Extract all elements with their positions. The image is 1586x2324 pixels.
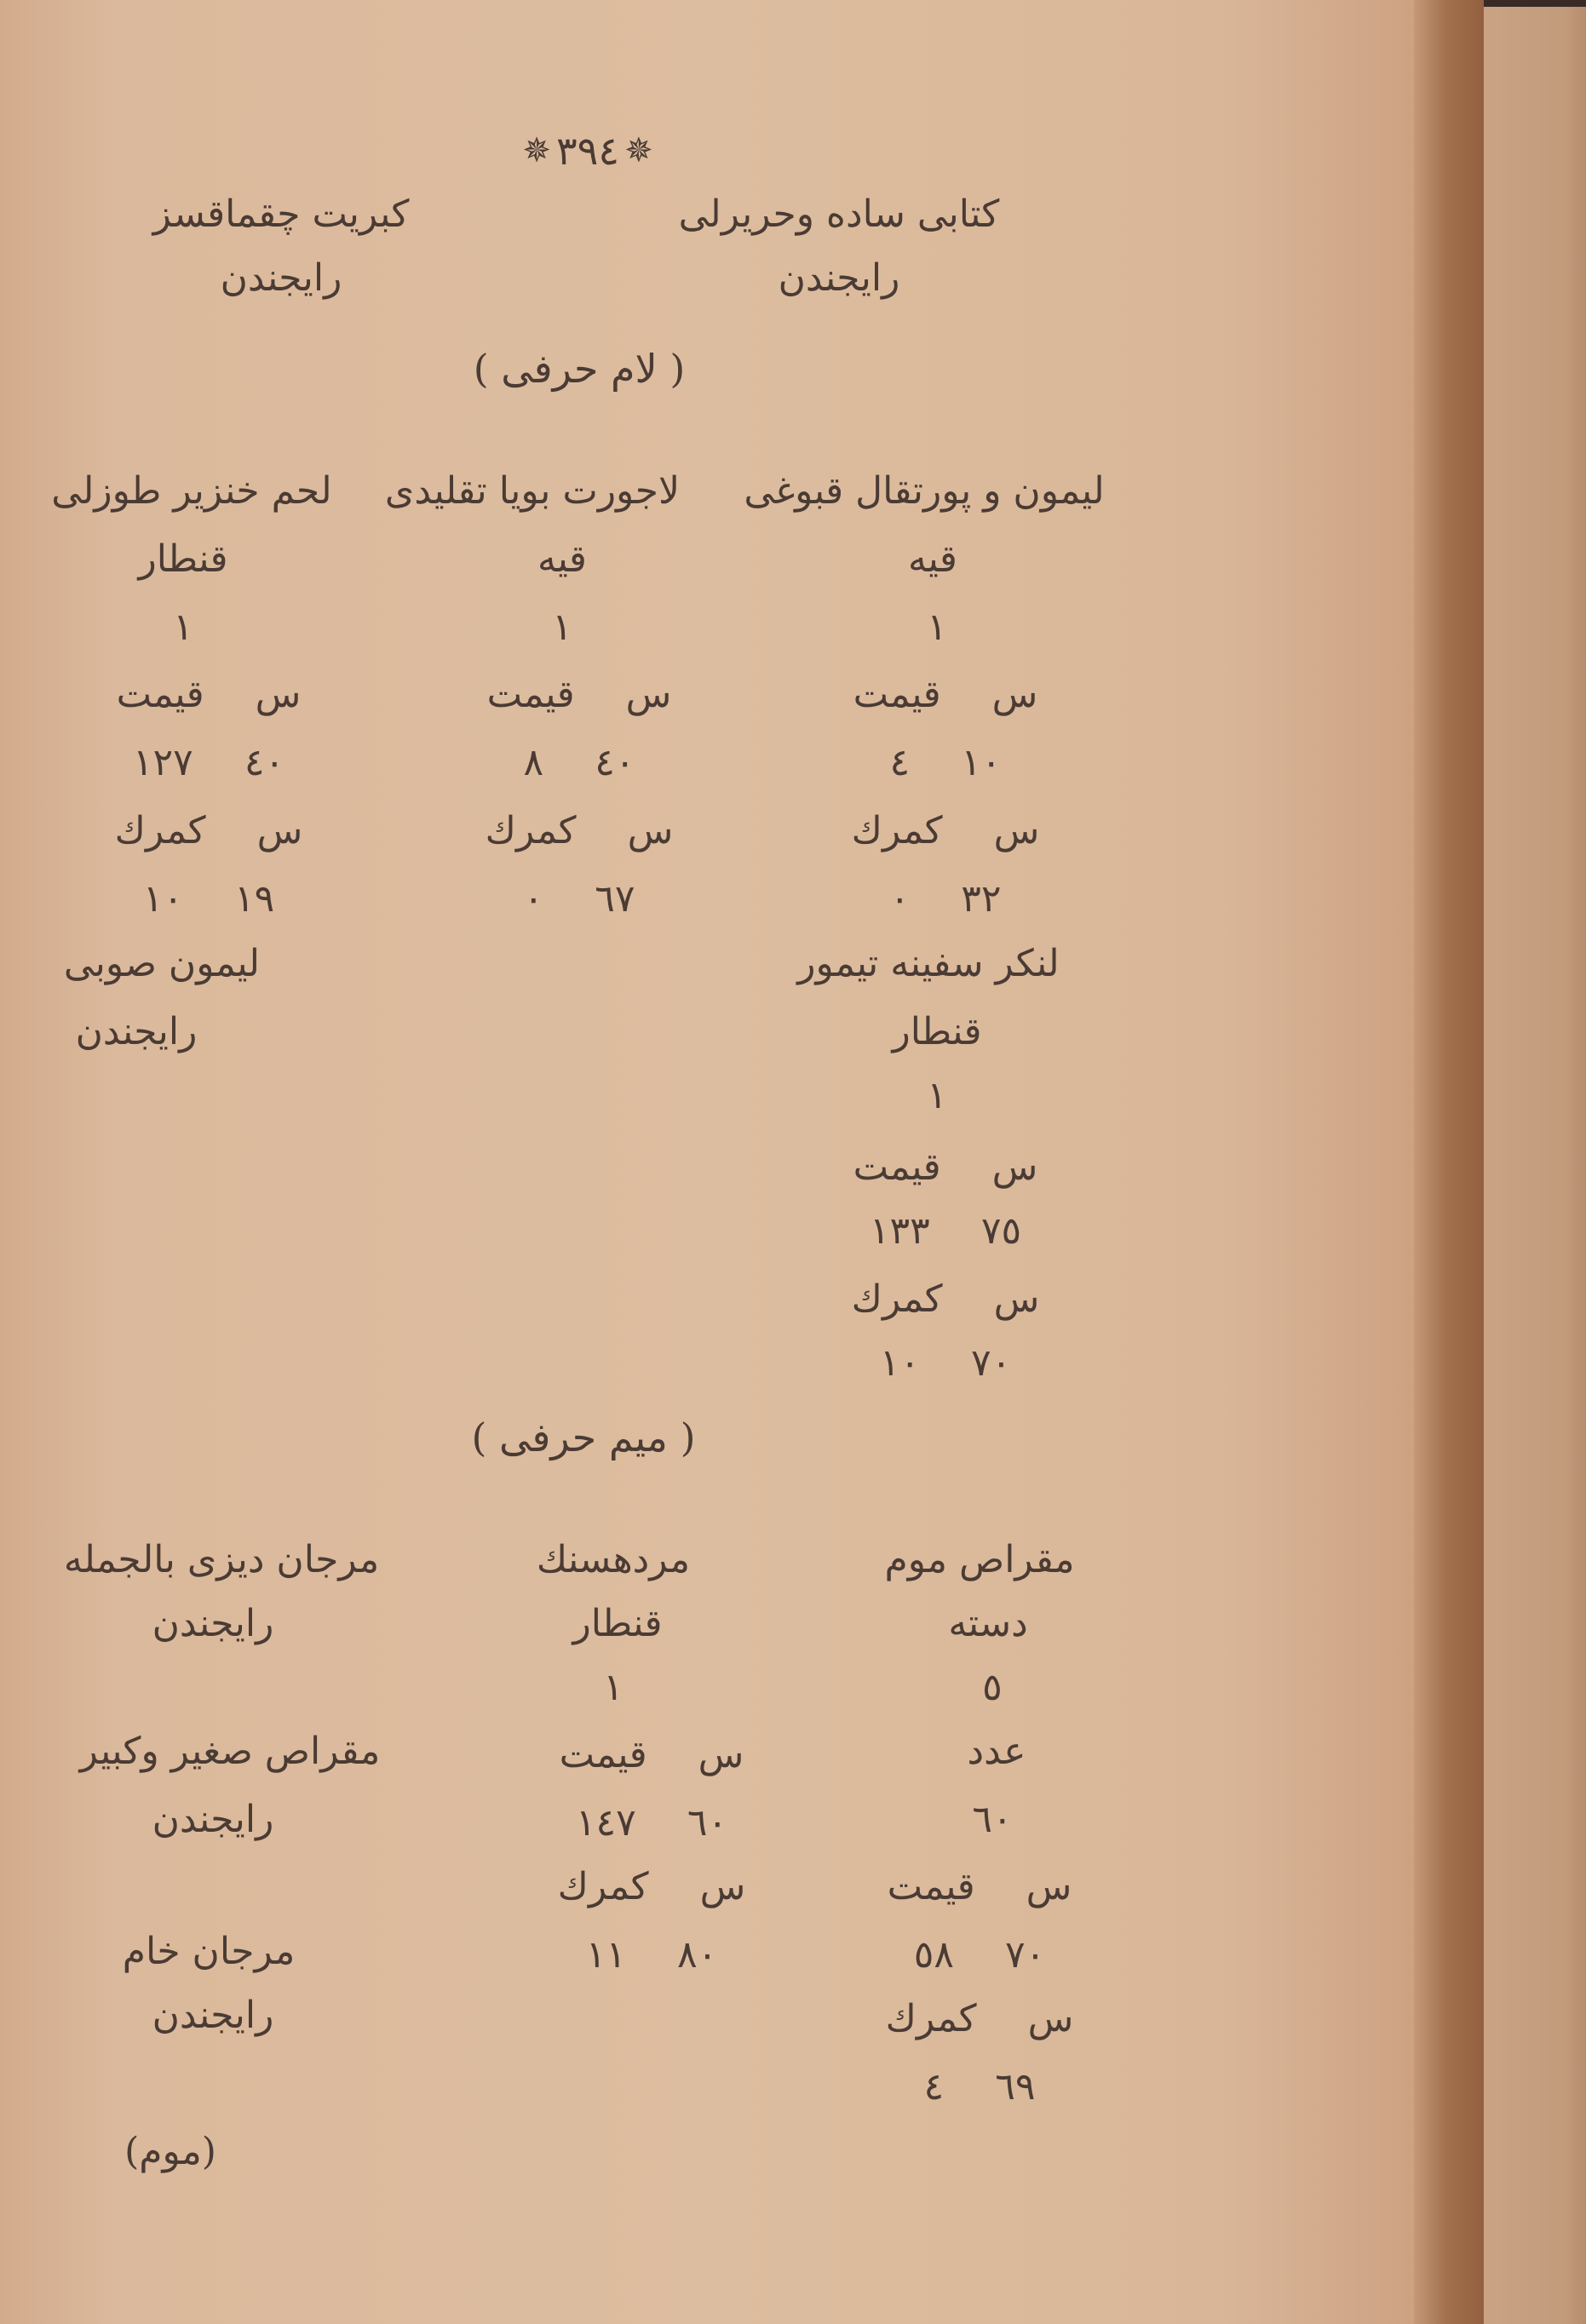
background-edge	[1484, 0, 1586, 7]
duty-row: ٧٠١٠	[880, 1341, 1012, 1385]
catchword: (موم)	[124, 2133, 216, 2171]
entry-count: ٦٠	[972, 1801, 1012, 1839]
entry-name: لحم خنزير طوزلى	[51, 473, 331, 510]
entry-name: لنكر سفينه تيمور	[797, 945, 1059, 983]
duty-label-row: سكمرك	[558, 1865, 746, 1908]
price-label-row: سقيمت	[560, 1733, 744, 1776]
entry-name: مقراص صغير وكبير	[80, 1733, 381, 1770]
entry-qty: ١	[927, 609, 947, 646]
entry-qty: ١	[603, 1669, 623, 1707]
price-label-row: سقيمت	[853, 673, 1038, 716]
duty-row: ٦٧٠	[524, 877, 635, 921]
duty-label-row: سكمرك	[115, 809, 303, 852]
entry-qty: ٥	[982, 1669, 1003, 1707]
book-gutter	[1414, 0, 1484, 2324]
entry-origin: رايجندن	[779, 260, 900, 297]
entry-name: كبريت چقماقسز	[153, 196, 410, 233]
entry-unit: قيه	[537, 541, 587, 578]
entry-origin: رايجندن	[221, 260, 342, 297]
entry-unit: قنطار	[572, 1605, 662, 1643]
price-row: ٤٠٨	[524, 741, 635, 784]
price-label-row: سقيمت	[487, 673, 672, 716]
entry-origin: رايجندن	[152, 1801, 274, 1839]
entry-origin: رايجندن	[152, 1997, 274, 2034]
entry-name: ليمون صوبى	[64, 945, 260, 983]
section-heading: ( ميم حرفى )	[471, 1418, 695, 1457]
entry-name: مرجان خام	[123, 1933, 296, 1971]
price-label-row: سقيمت	[117, 673, 302, 716]
duty-label-row: سكمرك	[486, 809, 674, 852]
entry-qty: ١	[173, 609, 193, 646]
price-label-row: سقيمت	[888, 1865, 1072, 1908]
ornament-icon: ✵	[624, 131, 653, 170]
book-page	[0, 0, 1439, 2324]
entry-name: مرجان دیزی بالجمله	[64, 1541, 379, 1579]
ornament-icon: ✵	[522, 131, 551, 170]
price-row: ٧٥١٣٣	[870, 1209, 1021, 1253]
entry-qty: ١	[927, 1077, 947, 1115]
entry-unit: قيه	[908, 541, 957, 578]
price-label-row: سقيمت	[853, 1145, 1038, 1189]
entry-name: مقراص موم	[884, 1541, 1074, 1579]
adjacent-page-edge	[1484, 7, 1586, 2324]
entry-unit: دسته	[948, 1605, 1027, 1643]
entry-name: ليمون و پورتقال قبوغى	[744, 473, 1104, 510]
price-row: ٦٠١٤٧	[576, 1801, 727, 1845]
duty-label-row: سكمرك	[886, 1997, 1074, 2040]
entry-unit: قنطار	[138, 541, 227, 578]
entry-origin: رايجندن	[76, 1013, 198, 1051]
duty-row: ١٩١٠	[143, 877, 275, 921]
price-row: ٤٠١٢٧	[133, 741, 284, 784]
entry-qty: ١	[552, 609, 572, 646]
entry-count-label: عدد	[968, 1733, 1026, 1770]
entry-name: مردهسنك	[537, 1541, 690, 1579]
entry-name: لاجورت بويا تقليدى	[385, 473, 680, 510]
price-row: ٧٠٥٨	[914, 1933, 1046, 1977]
entry-unit: قنطار	[892, 1013, 981, 1051]
price-row: ١٠٤	[890, 741, 1002, 784]
duty-row: ٨٠١١	[586, 1933, 718, 1977]
duty-label-row: سكمرك	[852, 1277, 1040, 1321]
duty-row: ٦٩٤	[924, 2065, 1036, 2109]
entry-name: كتابى ساده وحريرلى	[679, 196, 1000, 233]
section-heading: ( لام حرفى )	[474, 349, 686, 388]
entry-origin: رايجندن	[152, 1605, 274, 1643]
duty-row: ٣٢٠	[890, 877, 1002, 921]
page-number: ✵ ٣٩٤ ✵	[522, 128, 652, 174]
duty-label-row: سكمرك	[852, 809, 1040, 852]
